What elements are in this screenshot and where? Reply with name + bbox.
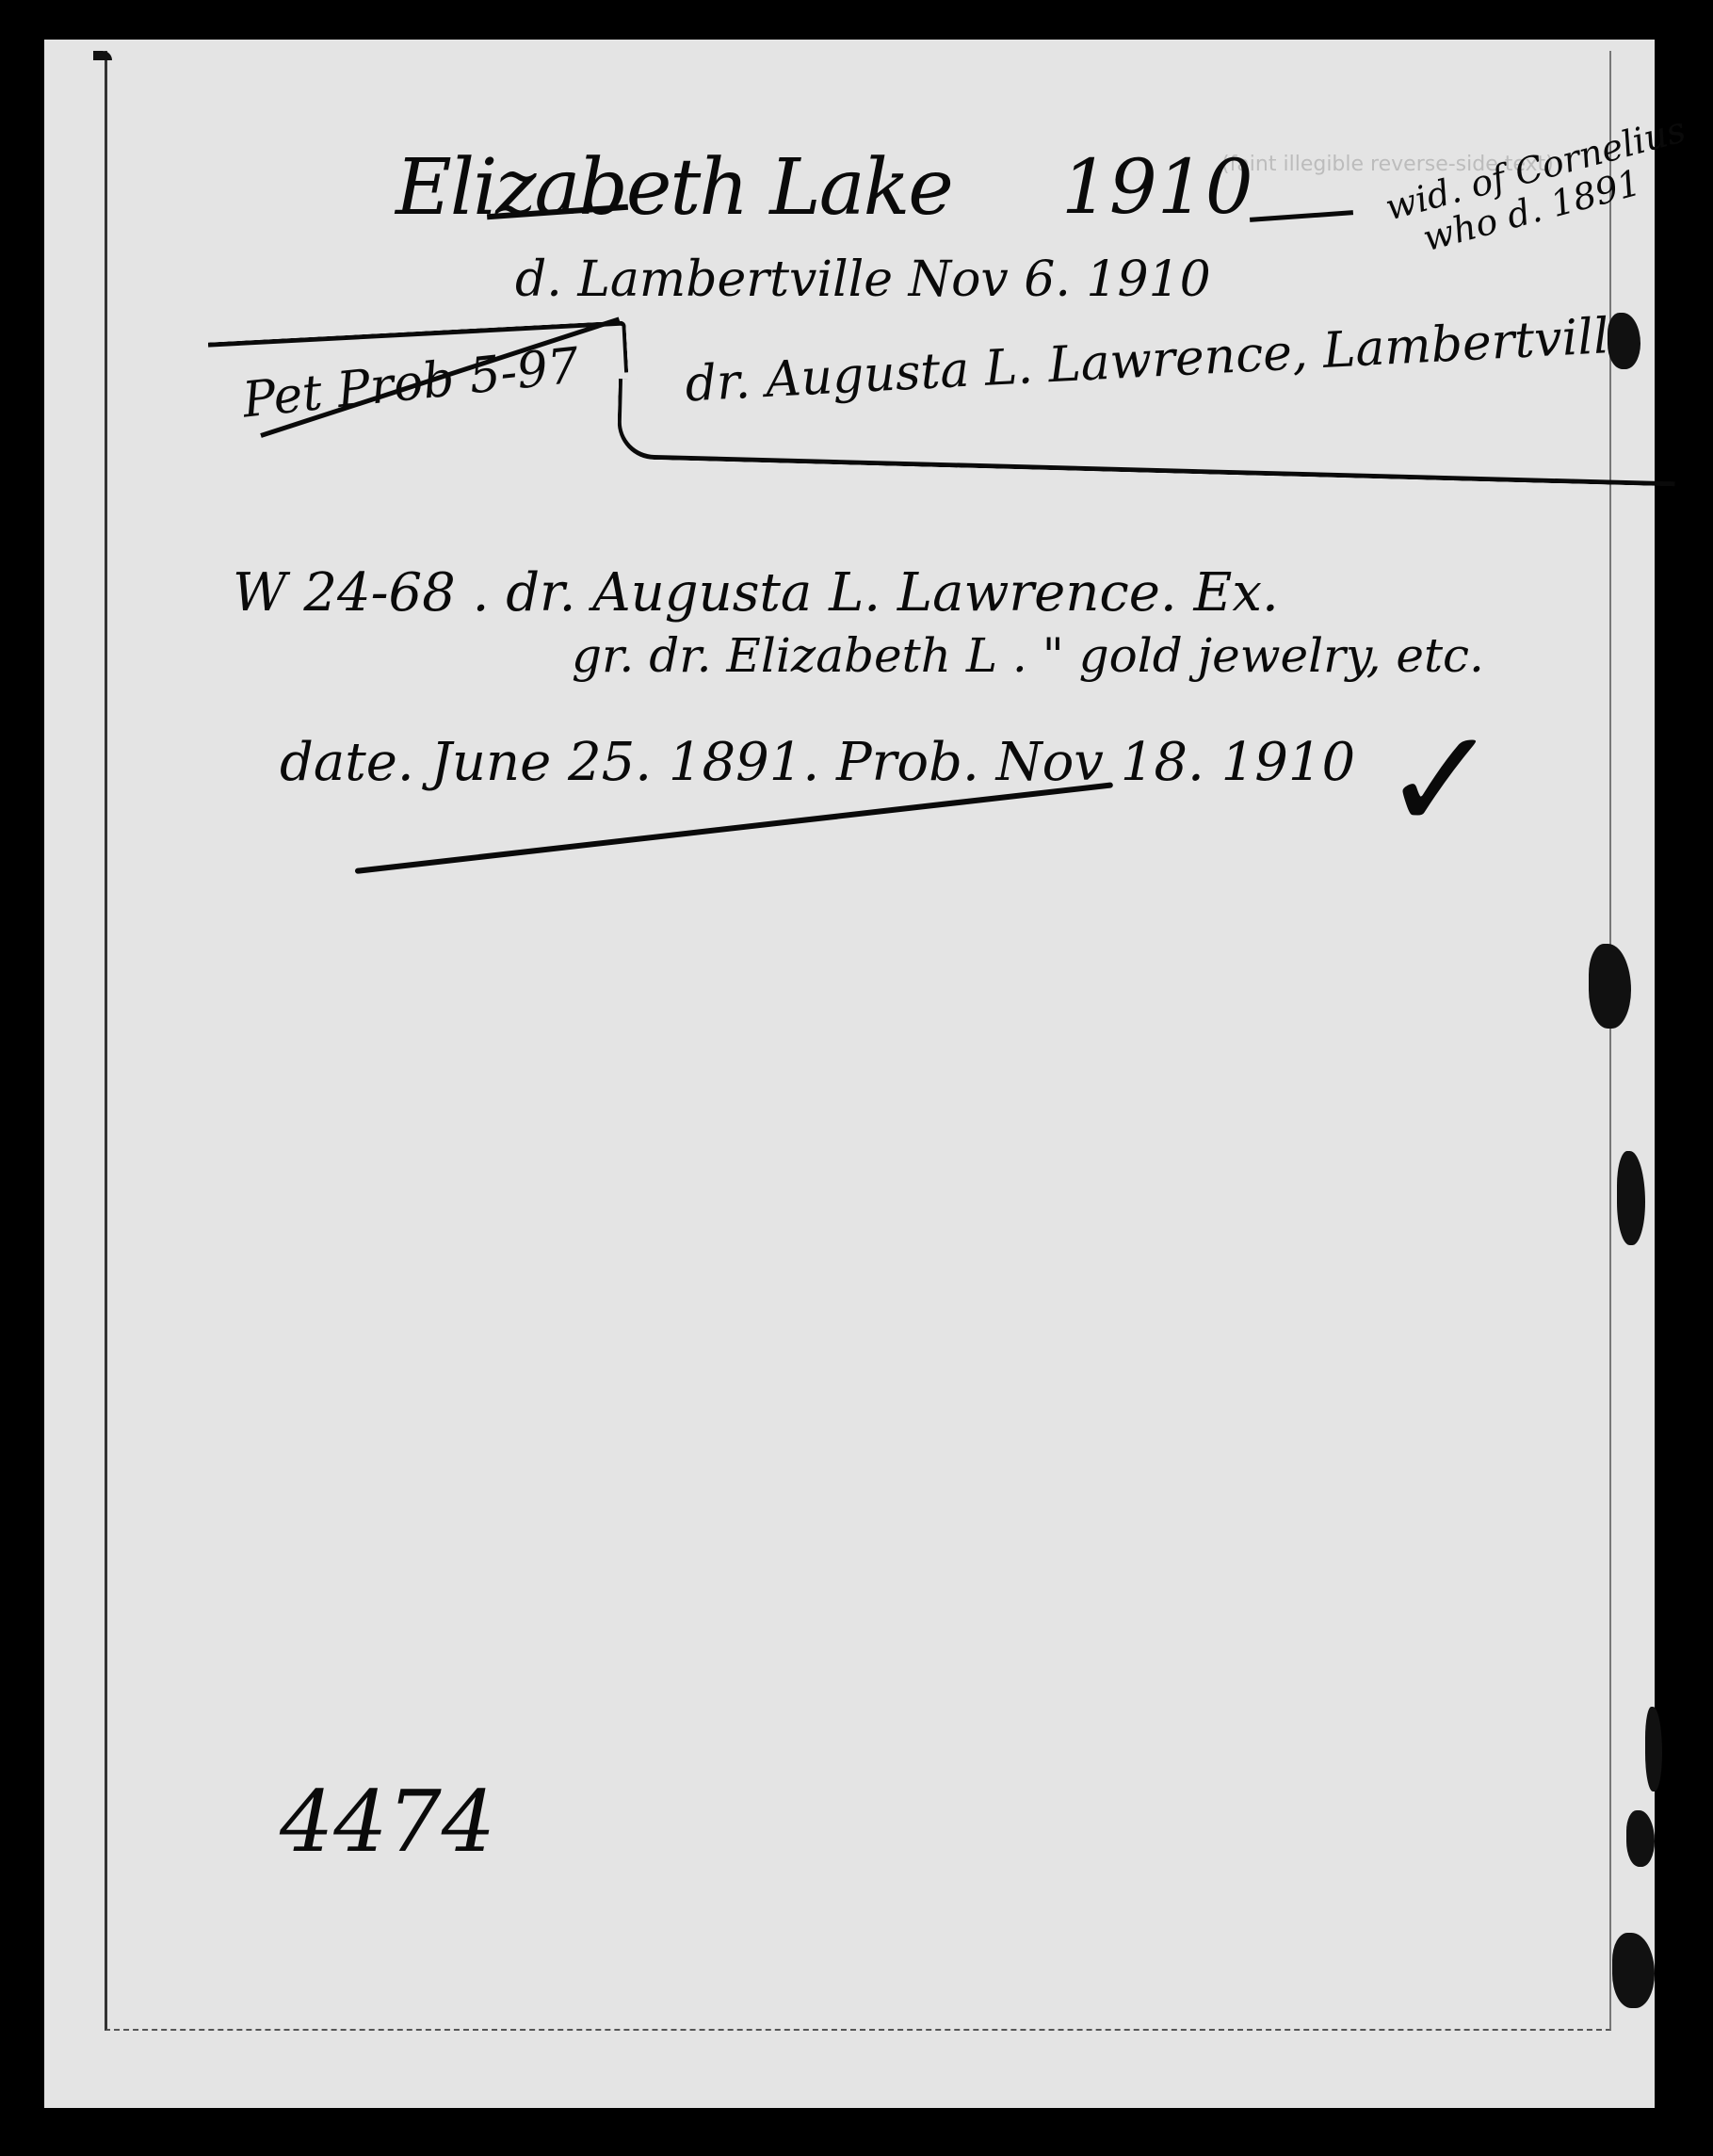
scanned-page: (faint illegible reverse-side text) Eliz… bbox=[44, 40, 1655, 2108]
record-year: 1910 bbox=[1061, 143, 1253, 231]
decedent-name: Elizabeth Lake bbox=[396, 143, 952, 233]
file-number: 4474 bbox=[280, 1773, 495, 1872]
will-reference-line1: W 24-68 . dr. Augusta L. Lawrence. Ex. bbox=[233, 562, 1279, 624]
checkmark-icon: ✓ bbox=[1382, 699, 1500, 863]
edge-blot bbox=[1612, 1933, 1655, 2008]
edge-blot bbox=[1589, 944, 1631, 1029]
edge-blot bbox=[1617, 1151, 1645, 1245]
death-note: d. Lambertville Nov 6. 1910 bbox=[515, 251, 1211, 308]
will-reference-line2: gr. dr. Elizabeth L . " gold jewelry, et… bbox=[572, 628, 1484, 683]
will-dates: date. June 25. 1891. Prob. Nov 18. 1910 bbox=[280, 732, 1355, 793]
edge-blot bbox=[1626, 1810, 1655, 1867]
edge-blot bbox=[1645, 1707, 1662, 1791]
